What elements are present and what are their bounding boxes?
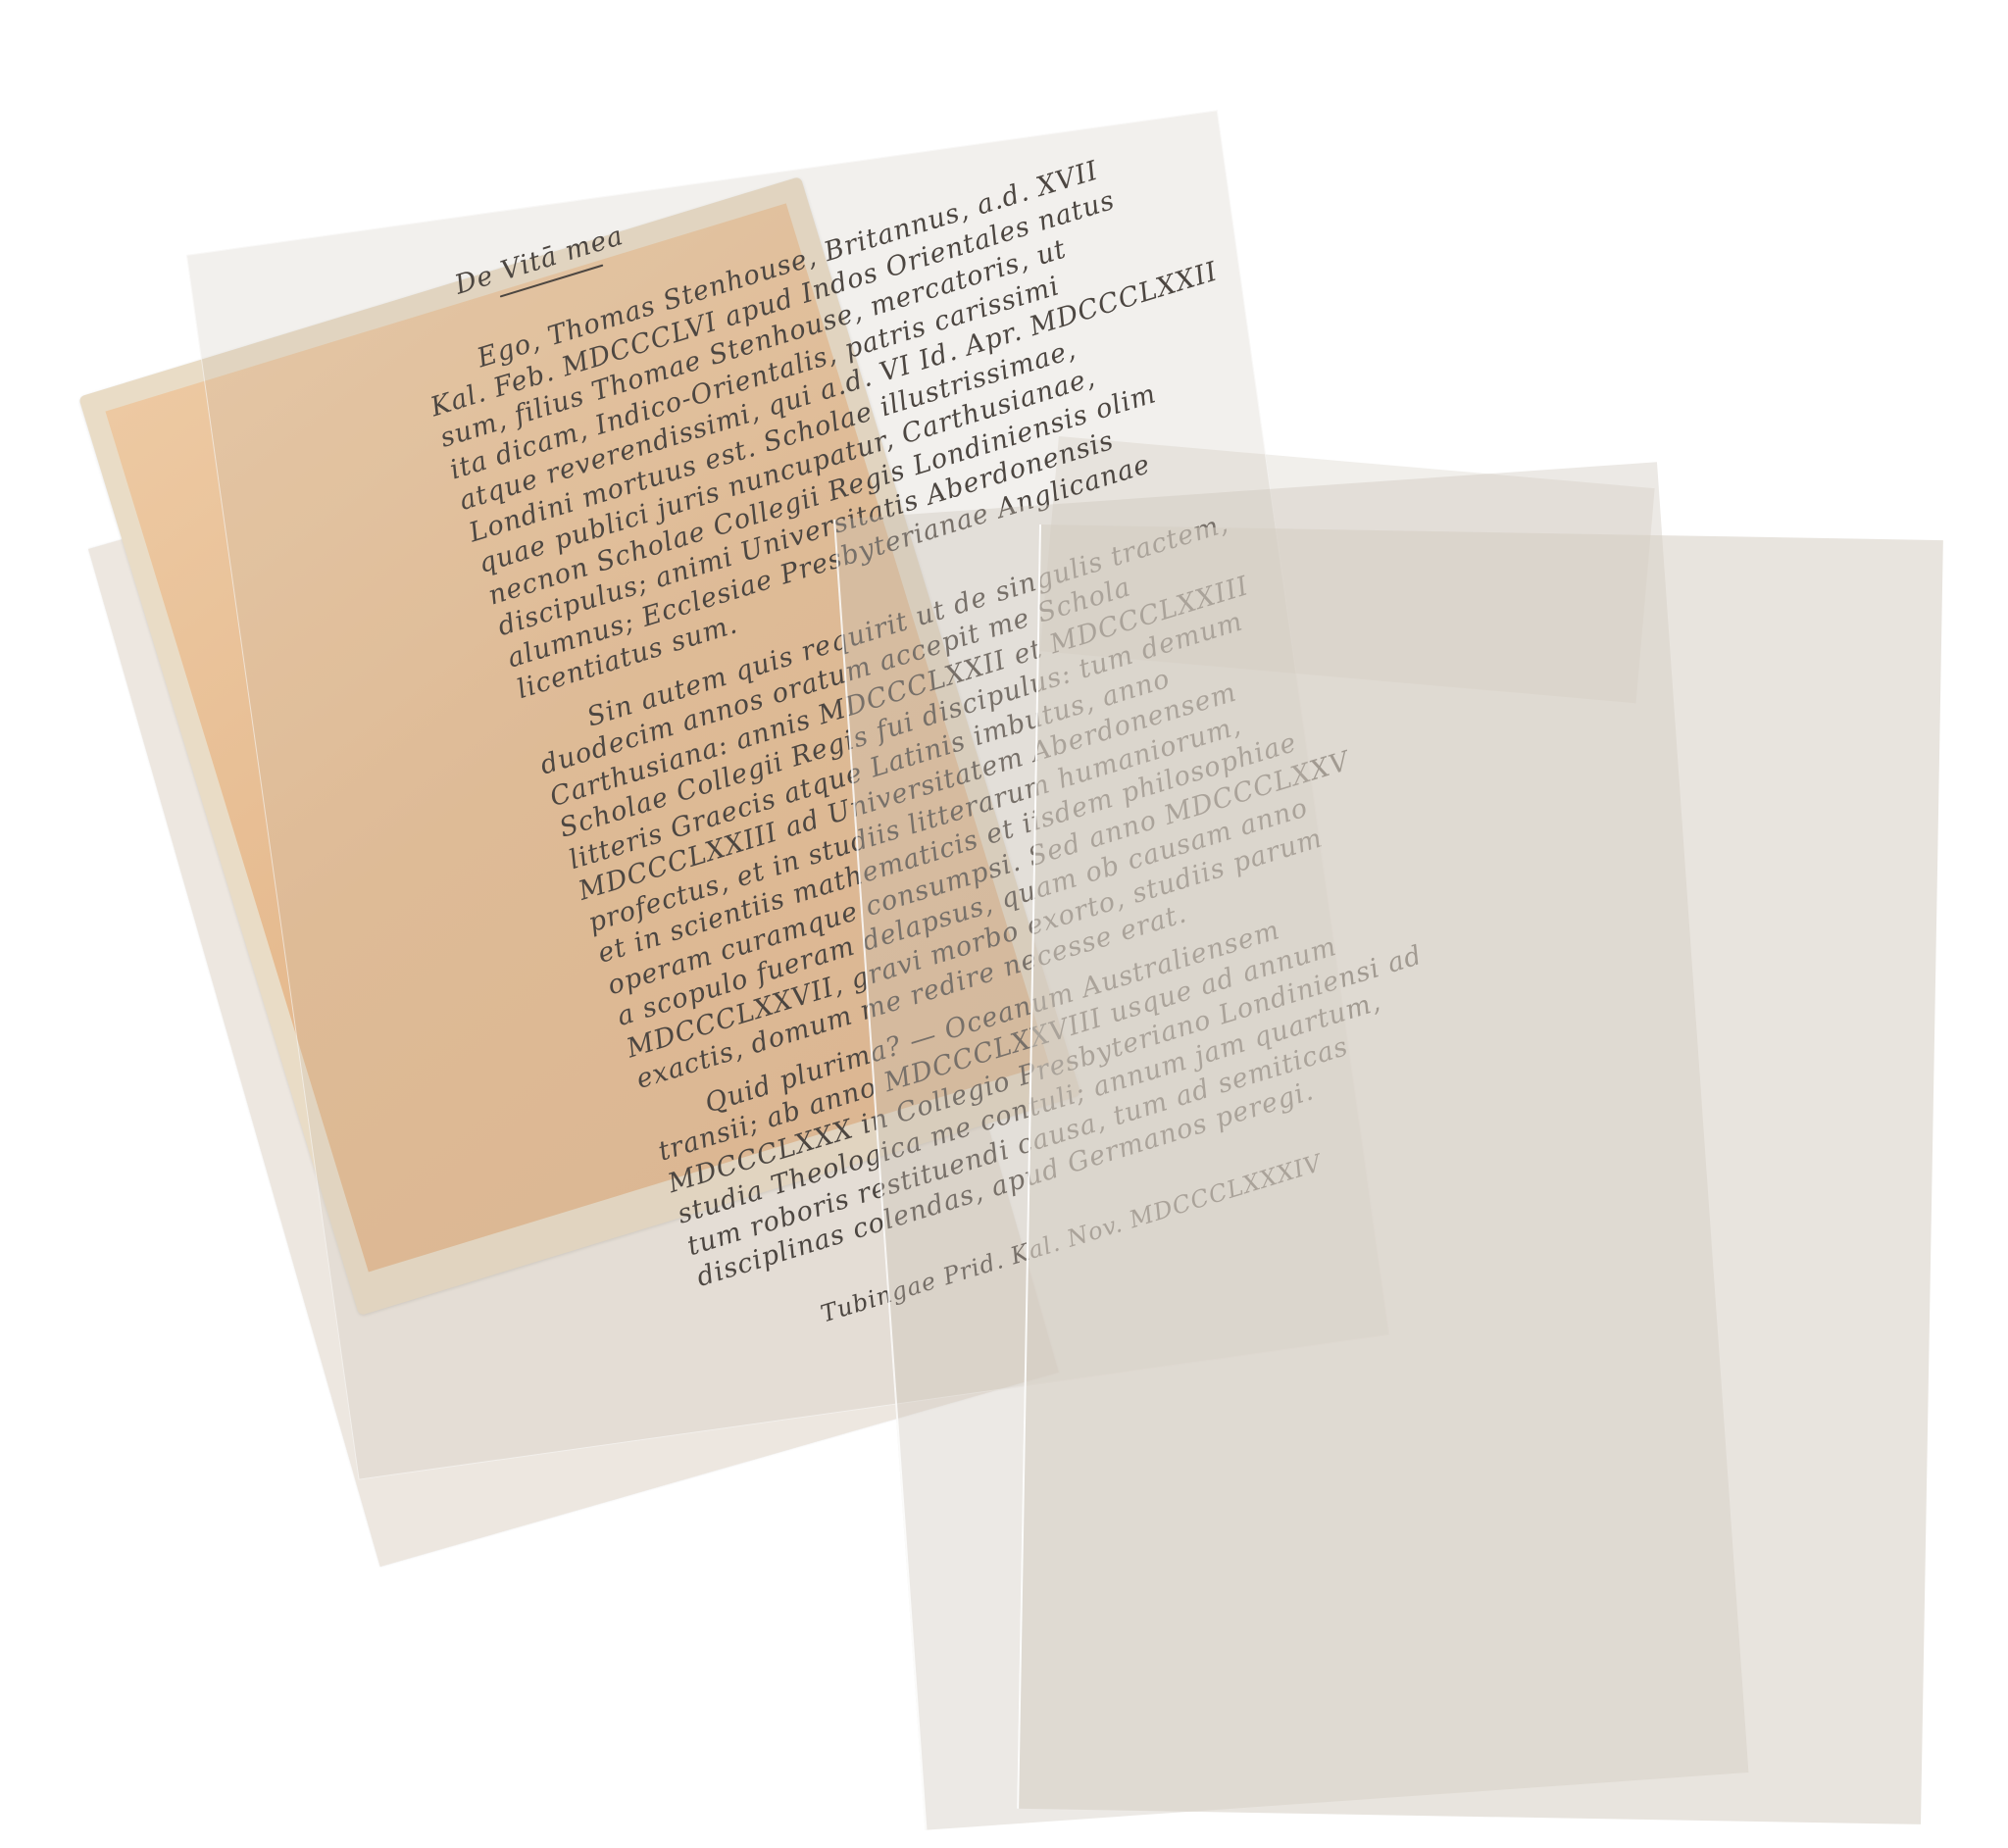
mylar-sheet-right bbox=[1017, 524, 1943, 1824]
photo-scene: De Vitā mea Ego, Thomas Stenhouse, Brita… bbox=[0, 0, 2008, 1848]
